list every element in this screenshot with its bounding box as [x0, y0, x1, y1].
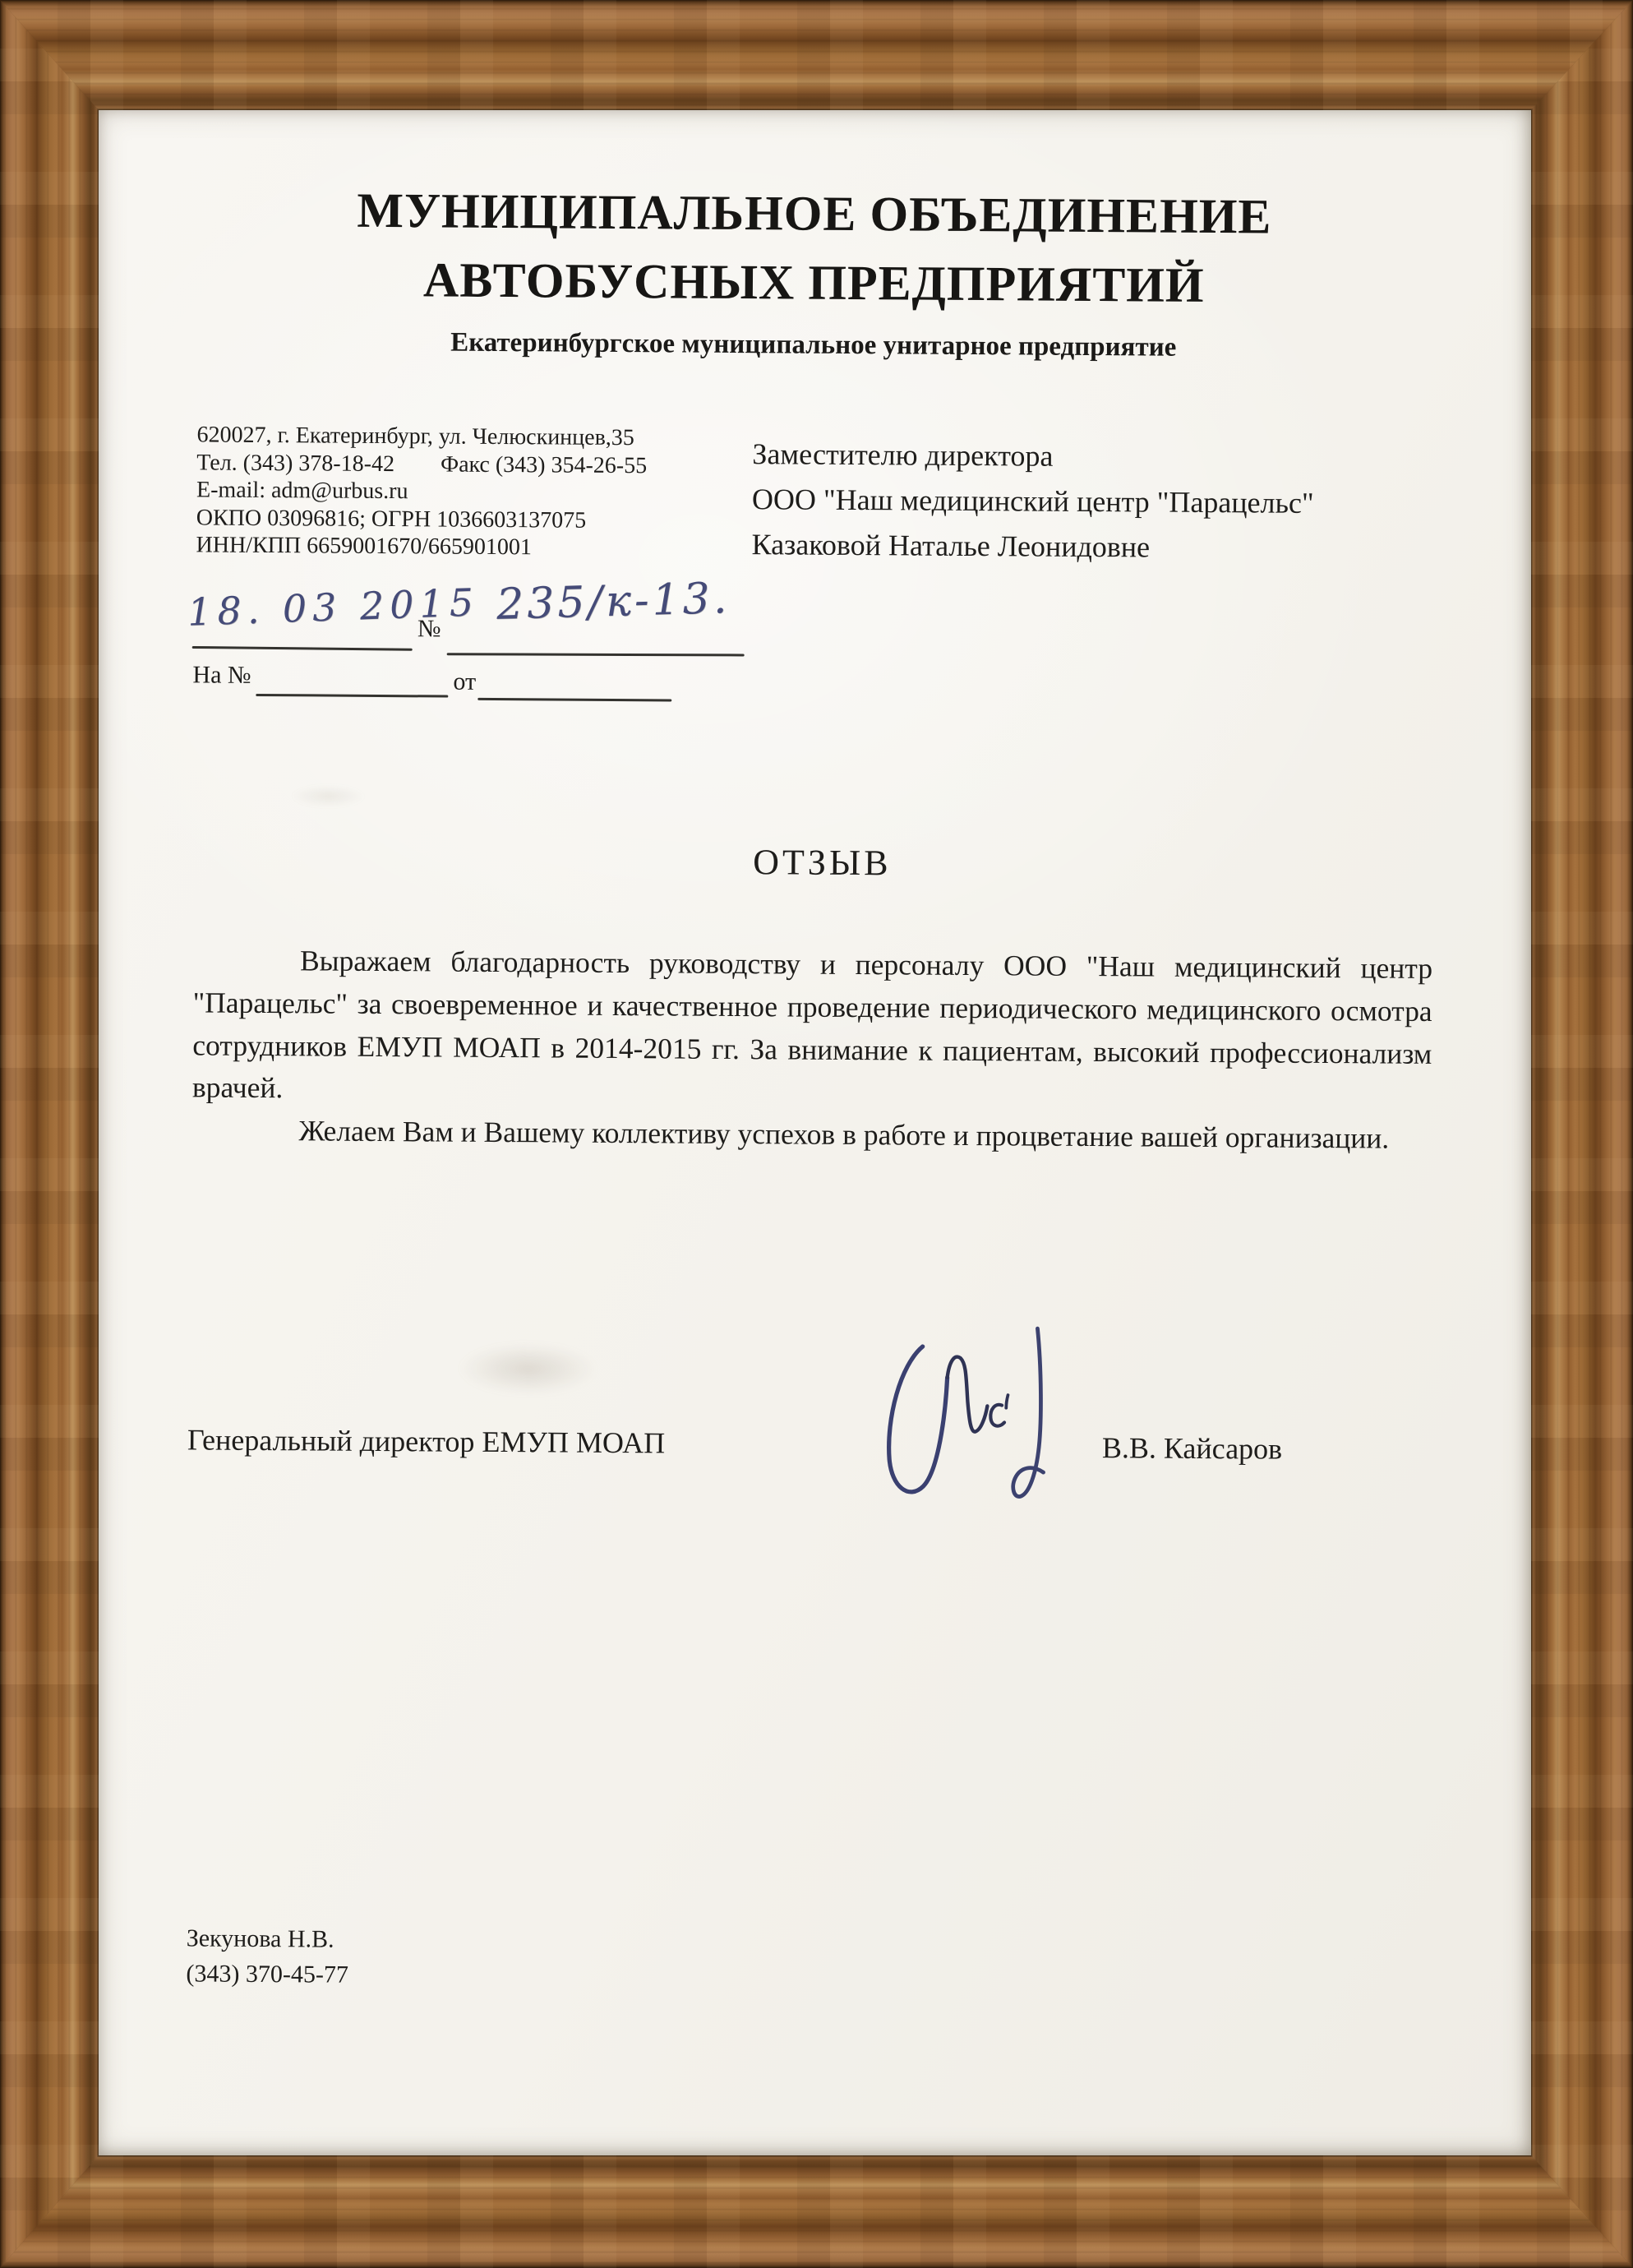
sender-okpo-ogrn: ОКПО 03096816; ОГРН 1036603137075 [196, 504, 647, 534]
picture-frame-bottom [0, 2155, 1633, 2268]
number-label: № [417, 615, 441, 643]
reply-date-label: от [453, 668, 476, 696]
scan-smudge [458, 1342, 597, 1396]
date-underline [192, 646, 413, 651]
sender-email: E-mail: adm@urbus.ru [196, 476, 647, 506]
sender-contacts: 620027, г. Екатеринбург, ул. Челюскинцев… [196, 421, 647, 561]
recipient-line: ООО "Наш медицинский центр "Парацельс" [752, 477, 1314, 526]
body-paragraph: Выражаем благодарность руководству и пер… [192, 939, 1432, 1118]
recipient-block: Заместителю директора ООО "Наш медицинск… [751, 432, 1314, 571]
recipient-line: Заместителю директора [752, 432, 1314, 481]
picture-frame-left [0, 0, 99, 2268]
sender-fax: Факс (343) 354-26-55 [441, 450, 647, 479]
reply-date-underline [477, 698, 671, 702]
sender-phone-fax: Тел. (343) 378-18-42 Факс (343) 354-26-5… [196, 449, 647, 479]
signer-name: В.В. Кайсаров [1102, 1430, 1282, 1467]
letter-body: Выражаем благодарность руководству и пер… [191, 939, 1432, 1161]
picture-frame-right [1531, 0, 1633, 2268]
letter-content: МУНИЦИПАЛЬНОЕ ОБЪЕДИНЕНИЕ АВТОБУСНЫХ ПРЕ… [85, 110, 1531, 2165]
scan-smudge [291, 785, 365, 807]
org-subtitle: Екатеринбургское муниципальное унитарное… [97, 326, 1529, 366]
picture-frame-top [0, 0, 1633, 110]
reply-number-underline [256, 694, 448, 698]
executor-block: Зекунова Н.В. (343) 370-45-77 [186, 1920, 348, 1992]
sender-address: 620027, г. Екатеринбург, ул. Челюскинцев… [196, 421, 647, 451]
letter-paper: МУНИЦИПАЛЬНОЕ ОБЪЕДИНЕНИЕ АВТОБУСНЫХ ПРЕ… [99, 110, 1531, 2155]
document-title: ОТЗЫВ [94, 837, 1526, 889]
sender-phone: Тел. (343) 378-18-42 [196, 449, 394, 478]
sender-inn-kpp: ИНН/КПП 6659001670/665901001 [196, 531, 646, 561]
signature-ink [876, 1317, 1054, 1523]
handwritten-number: 235/к-13. [496, 574, 731, 630]
executor-phone: (343) 370-45-77 [186, 1956, 348, 1992]
recipient-line: Казаковой Наталье Леонидовне [751, 522, 1313, 571]
reply-number-label: На № [192, 661, 251, 689]
framed-letter-photo: { "letterhead": { "org_line1": "МУНИЦИПА… [0, 0, 1633, 2268]
org-name-line2: АВТОБУСНЫХ ПРЕДПРИЯТИЙ [98, 250, 1530, 316]
body-paragraph: Желаем Вам и Вашему коллективу успехов в… [191, 1110, 1431, 1161]
executor-name: Зекунова Н.В. [187, 1920, 349, 1956]
signer-position: Генеральный директор ЕМУП МОАП [187, 1422, 666, 1460]
number-underline [447, 653, 745, 656]
org-name-line1: МУНИЦИПАЛЬНОЕ ОБЪЕДИНЕНИЕ [98, 181, 1530, 247]
